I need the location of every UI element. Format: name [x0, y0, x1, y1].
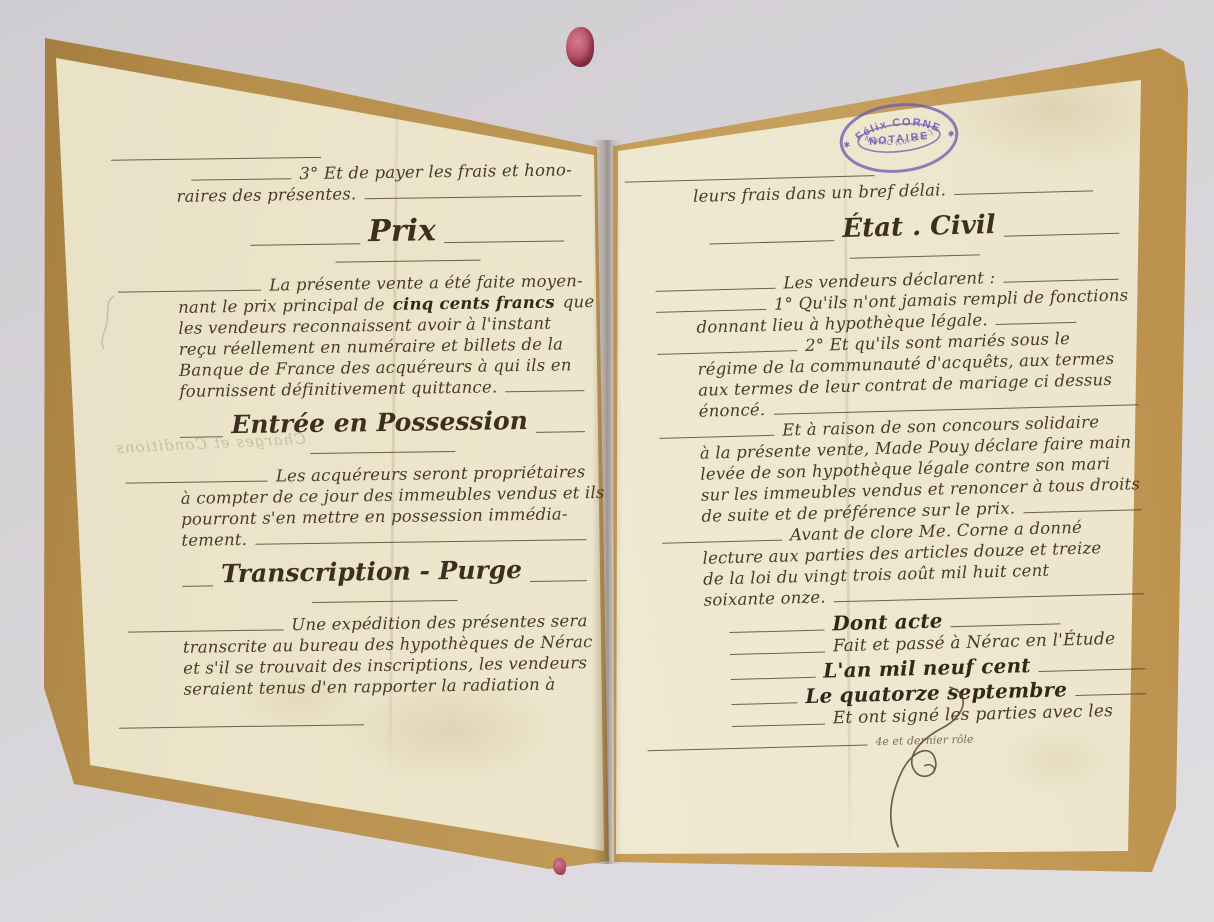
stamp-star-right-icon: ✱: [947, 129, 955, 139]
heading-underline: [232, 247, 582, 269]
stamp-star-left-icon: ✱: [843, 140, 851, 150]
binding-thread-top: [566, 27, 594, 67]
right-page-text: leurs frais dans un bref délai. État . C…: [692, 158, 1147, 754]
notary-signature: [866, 680, 1020, 854]
section-heading-prix: Prix: [232, 206, 583, 251]
manuscript-line: raires des présentes.: [176, 180, 581, 207]
margin-paraph-pencil: [96, 292, 122, 352]
binding-thread-bottom: [553, 858, 566, 875]
left-page-text: Charges et Conditions 3° Et de payer les…: [176, 143, 589, 733]
section-heading-transcription: Transcription - Purge: [182, 550, 587, 592]
manuscript-line: tement.: [181, 524, 586, 551]
manuscript-line: seraient tenus d'en rapporter la radiati…: [183, 673, 588, 700]
manuscript-line: fournissent définitivement quittance.: [179, 375, 584, 402]
photo-background: Charges et Conditions 3° Et de payer les…: [0, 0, 1214, 922]
